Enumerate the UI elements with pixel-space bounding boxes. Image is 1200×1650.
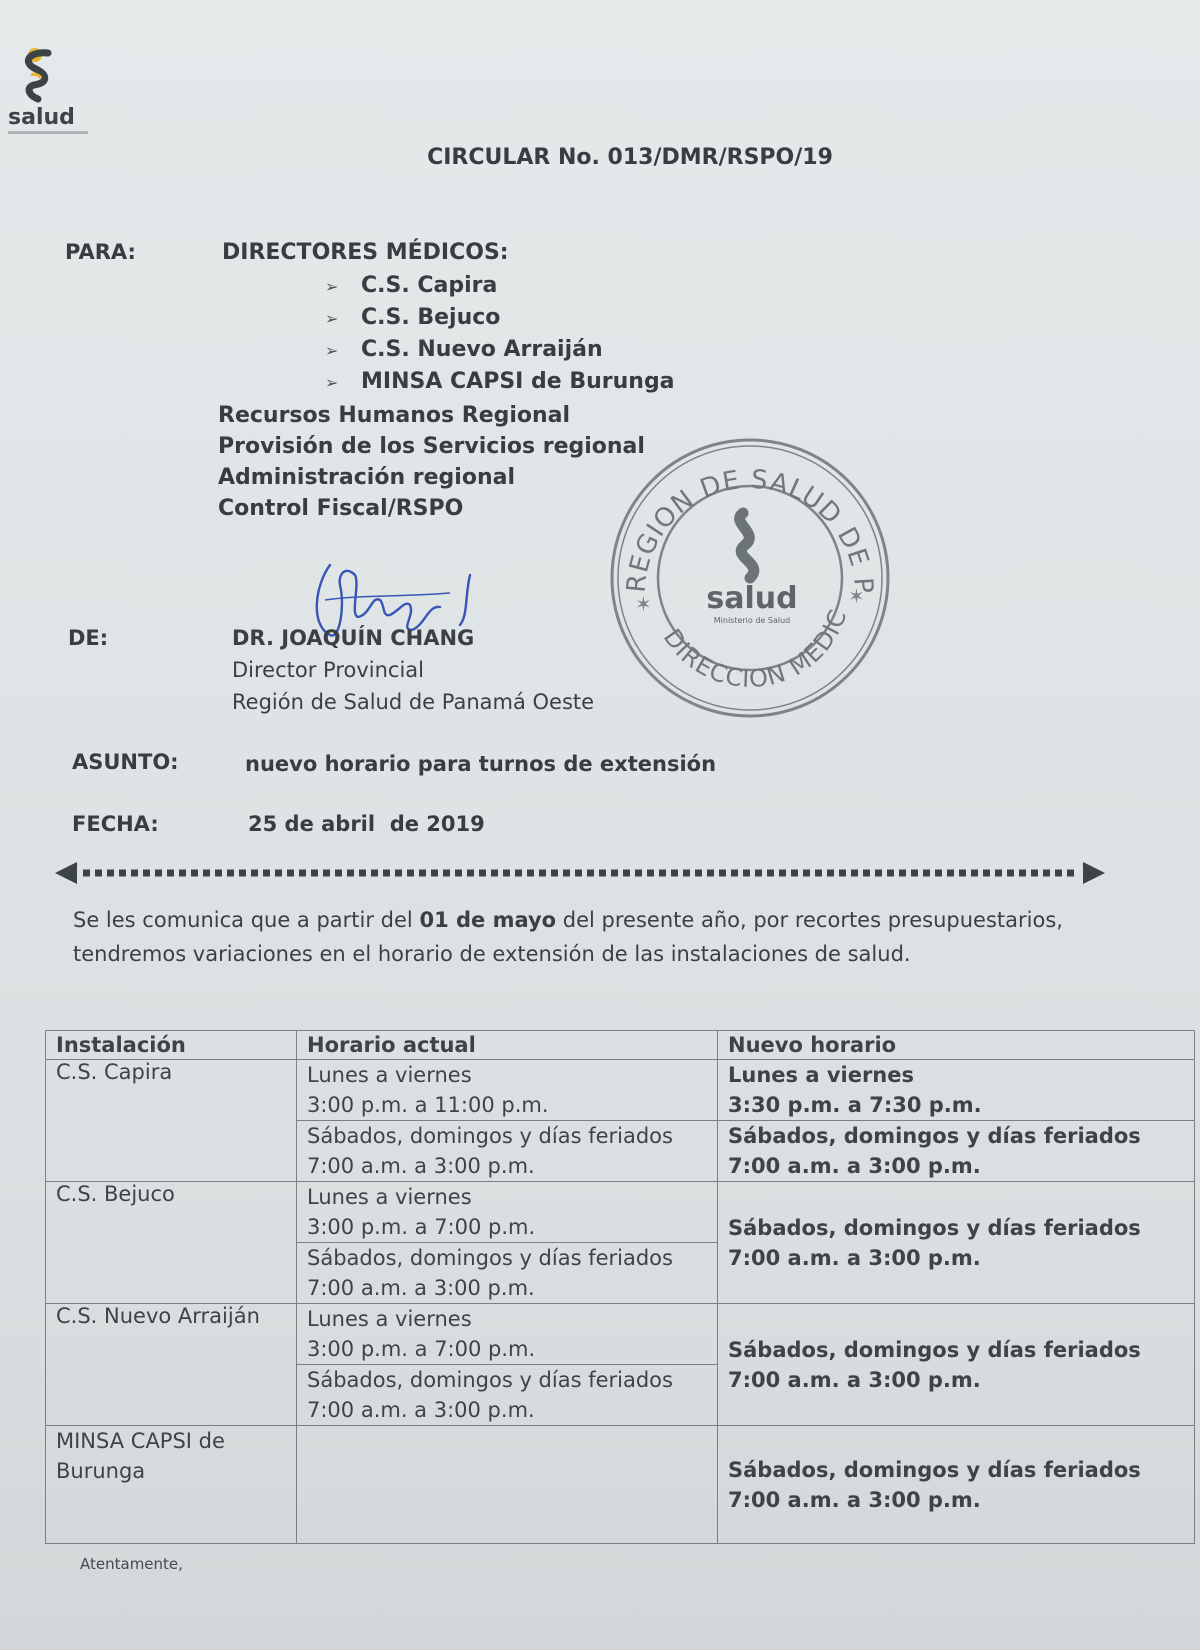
col-header-new: Nuevo horario	[718, 1031, 1195, 1060]
stamp-center-word: salud	[706, 581, 797, 616]
schedule-table: Instalación Horario actual Nuevo horario…	[45, 1030, 1195, 1544]
arrow-bullet-icon: ➢	[325, 303, 361, 335]
closing-text: Atentamente,	[80, 1555, 183, 1573]
new-schedule-cell: Sábados, domingos y días feriados7:00 a.…	[718, 1121, 1195, 1182]
sender-block: DR. JOAQUÍN CHANG Director Provincial Re…	[232, 622, 594, 718]
installation-cell: C.S. Bejuco	[46, 1182, 297, 1304]
new-schedule-cell: Sábados, domingos y días feriados7:00 a.…	[718, 1426, 1195, 1544]
table-row: C.S. Nuevo Arraiján Lunes a viernes3:00 …	[46, 1304, 1195, 1365]
stamp-center-sub: Ministerio de Salud	[714, 616, 791, 625]
recipient-other: Control Fiscal/RSPO	[218, 493, 645, 524]
sender-region: Región de Salud de Panamá Oeste	[232, 686, 594, 718]
recipient-other: Recursos Humanos Regional	[218, 400, 645, 431]
installation-cell: MINSA CAPSI de Burunga	[46, 1426, 297, 1544]
de-label: DE:	[68, 626, 108, 650]
recipient-other: Provisión de los Servicios regional	[218, 431, 645, 462]
recipient-item: ➢C.S. Bejuco	[325, 302, 675, 334]
svg-text:✶: ✶	[635, 592, 652, 616]
fecha-value: 25 de abril de 2019	[248, 812, 485, 836]
effective-date: 01 de mayo	[419, 908, 556, 932]
salud-serpent-icon	[18, 45, 58, 105]
official-stamp: REGION DE SALUD DE PMA. OESTE DIRECCION …	[605, 433, 895, 723]
sender-name: DR. JOAQUÍN CHANG	[232, 622, 594, 654]
para-heading: DIRECTORES MÉDICOS:	[222, 240, 509, 265]
fecha-label: FECHA:	[72, 812, 159, 836]
recipient-item: ➢MINSA CAPSI de Burunga	[325, 366, 675, 398]
recipient-item: ➢C.S. Nuevo Arraiján	[325, 334, 675, 366]
installation-cell: C.S. Nuevo Arraiján	[46, 1304, 297, 1426]
current-schedule-cell: Sábados, domingos y días feriados7:00 a.…	[297, 1365, 718, 1426]
circular-title: CIRCULAR No. 013/DMR/RSPO/19	[0, 145, 1200, 170]
current-schedule-cell: Sábados, domingos y días feriados7:00 a.…	[297, 1243, 718, 1304]
col-header-current: Horario actual	[297, 1031, 718, 1060]
current-schedule-cell: Lunes a viernes3:00 p.m. a 7:00 p.m.	[297, 1182, 718, 1243]
asunto-label: ASUNTO:	[72, 750, 179, 774]
asunto-value: nuevo horario para turnos de extensión	[245, 752, 716, 776]
current-schedule-cell: Lunes a viernes3:00 p.m. a 7:00 p.m.	[297, 1304, 718, 1365]
installation-cell: C.S. Capira	[46, 1060, 297, 1182]
col-header-installation: Instalación	[46, 1031, 297, 1060]
sender-position: Director Provincial	[232, 654, 594, 686]
new-schedule-cell: Sábados, domingos y días feriados7:00 a.…	[718, 1182, 1195, 1304]
current-schedule-cell: Lunes a viernes3:00 p.m. a 11:00 p.m.	[297, 1060, 718, 1121]
current-schedule-cell	[297, 1426, 718, 1544]
new-schedule-cell: Lunes a viernes3:30 p.m. a 7:30 p.m.	[718, 1060, 1195, 1121]
new-schedule-cell: Sábados, domingos y días feriados7:00 a.…	[718, 1304, 1195, 1426]
recipient-list: ➢C.S. Capira ➢C.S. Bejuco ➢C.S. Nuevo Ar…	[325, 270, 675, 398]
body-paragraph: Se les comunica que a partir del 01 de m…	[73, 903, 1113, 971]
arrow-bullet-icon: ➢	[325, 271, 361, 303]
current-schedule-cell: Sábados, domingos y días feriados7:00 a.…	[297, 1121, 718, 1182]
table-header-row: Instalación Horario actual Nuevo horario	[46, 1031, 1195, 1060]
table-row: C.S. Capira Lunes a viernes3:00 p.m. a 1…	[46, 1060, 1195, 1121]
dotted-arrow-divider	[55, 862, 1105, 884]
recipient-other: Administración regional	[218, 462, 645, 493]
arrow-bullet-icon: ➢	[325, 367, 361, 399]
arrow-bullet-icon: ➢	[325, 335, 361, 367]
table-row: MINSA CAPSI de Burunga Sábados, domingos…	[46, 1426, 1195, 1544]
logo-subtitle	[8, 131, 88, 134]
ministry-logo: salud	[8, 45, 88, 134]
table-row: C.S. Bejuco Lunes a viernes3:00 p.m. a 7…	[46, 1182, 1195, 1243]
recipient-item: ➢C.S. Capira	[325, 270, 675, 302]
other-recipients: Recursos Humanos Regional Provisión de l…	[218, 400, 645, 524]
svg-text:✶: ✶	[848, 584, 865, 608]
logo-text: salud	[8, 105, 88, 130]
para-label: PARA:	[65, 240, 136, 264]
